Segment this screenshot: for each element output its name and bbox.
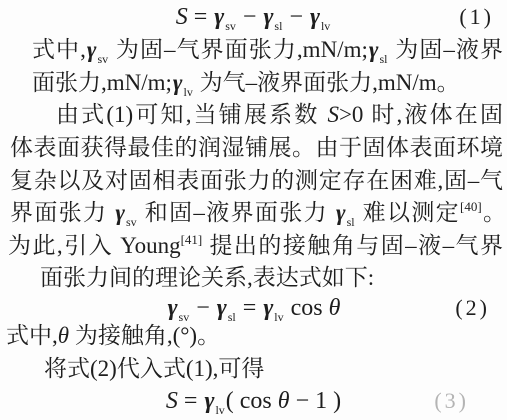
text-run: cos: [285, 295, 329, 321]
gamma-symbol: γlv: [309, 4, 331, 30]
text-run: 为固–液界: [388, 37, 503, 62]
gamma-subscript: lv: [321, 19, 330, 33]
text-run: 为接触角,(°)。: [69, 323, 220, 348]
gamma-subscript: sv: [97, 52, 108, 66]
gamma-subscript: lv: [215, 403, 224, 417]
paragraph-2-line-6: 面张力间的理论关系,表达式如下:: [40, 264, 374, 294]
text-run: 式中,: [32, 37, 86, 62]
gamma-symbol: γsv: [114, 200, 137, 225]
text-run: 界面张力: [10, 200, 114, 225]
gamma-subscript: sl: [379, 52, 387, 66]
gamma-subscript: sv: [126, 215, 137, 229]
gamma-symbol: γlv: [203, 388, 225, 414]
text-run: −: [283, 4, 309, 30]
text-run: 提出的接触角与固–液–气界: [202, 233, 503, 258]
math-variable: θ: [278, 388, 290, 414]
gamma-subscript: sl: [347, 215, 355, 229]
text-run: 为固–气界面张力,mN/m;: [109, 37, 368, 62]
text-run: 难以测定: [356, 200, 460, 225]
gamma-symbol: γsv: [213, 4, 237, 30]
gamma-symbol: γlv: [262, 295, 284, 321]
paragraph-4-line-1: 将式(2)代入式(1),可得: [44, 355, 264, 385]
math-variable: θ: [58, 323, 69, 348]
text-run: 将式(2)代入式(1),可得: [44, 356, 264, 381]
paragraph-2-line-2: 体表面获得最佳的润湿铺展。由于固体表面环境: [10, 134, 503, 164]
text-run: 面张力,mN/m;: [32, 70, 172, 95]
citation-superscript: [41]: [181, 232, 203, 247]
text-run: 体表面获得最佳的润湿铺展。由于固体表面环境: [10, 135, 503, 160]
text-run: 为气–液界面张力,mN/m。: [194, 70, 460, 95]
text-run: =: [178, 388, 204, 414]
paragraph-2-line-4: 界面张力 γsv 和固–液界面张力 γsl 难以测定[40]。: [10, 199, 506, 229]
math-variable: θ: [329, 295, 341, 321]
text-run: 式中,: [6, 323, 58, 348]
text-run: 由式(1)可知,当铺展系数: [56, 102, 327, 127]
text-run: ( cos: [226, 388, 278, 414]
equation-body: S = γlv( cos θ − 1 ): [166, 387, 341, 420]
gamma-symbol: γsv: [86, 37, 109, 62]
text-run: 为此,引入 Young: [8, 233, 181, 258]
text-run: =: [237, 295, 263, 321]
text-run: =: [188, 4, 214, 30]
text-run: 复杂以及对固相表面张力的测定存在困难,固–气: [10, 168, 503, 193]
text-run: 和固–液界面张力: [138, 200, 335, 225]
gamma-symbol: γsl: [335, 200, 356, 225]
paragraph-1-line-1: 式中,γsv 为固–气界面张力,mN/m;γsl 为固–液界: [32, 36, 503, 66]
equation-3: S = γlv( cos θ − 1 )(3): [0, 387, 507, 417]
paragraph-2-line-3: 复杂以及对固相表面张力的测定存在困难,固–气: [10, 167, 503, 197]
gamma-subscript: sv: [225, 19, 236, 33]
gamma-symbol: γsl: [262, 4, 283, 30]
text-run: − 1 ): [290, 388, 342, 414]
text-run: >0 时,液体在固: [339, 102, 503, 127]
paragraph-2-line-1: 由式(1)可知,当铺展系数 S>0 时,液体在固: [56, 101, 503, 131]
gamma-symbol: γlv: [172, 70, 194, 95]
document-page: S = γsv − γsl − γlv(1)式中,γsv 为固–气界面张力,mN…: [0, 0, 507, 420]
equation-2: γsv − γsl = γlv cos θ(2): [0, 294, 507, 324]
equation-number: (1): [459, 3, 494, 31]
text-run: −: [237, 4, 263, 30]
math-variable: S: [166, 388, 178, 414]
gamma-symbol: γsl: [368, 37, 389, 62]
paragraph-2-line-5: 为此,引入 Young[41] 提出的接触角与固–液–气界: [8, 232, 503, 262]
gamma-subscript: lv: [274, 310, 283, 324]
text-run: 面张力间的理论关系,表达式如下:: [40, 265, 374, 290]
gamma-subscript: lv: [184, 85, 193, 99]
math-variable: S: [327, 102, 339, 127]
equation-number: (3): [434, 387, 469, 415]
math-variable: S: [176, 4, 188, 30]
paragraph-3-line-1: 式中,θ 为接触角,(°)。: [6, 322, 220, 352]
gamma-subscript: sl: [274, 19, 282, 33]
equation-1: S = γsv − γsl − γlv(1): [0, 3, 507, 33]
equation-body: S = γsv − γsl − γlv: [176, 3, 332, 40]
gamma-subscript: sl: [228, 310, 236, 324]
text-run: −: [190, 295, 216, 321]
gamma-symbol: γsl: [216, 295, 237, 321]
text-run: 。: [482, 200, 506, 225]
citation-superscript: [40]: [460, 199, 482, 214]
equation-number: (2): [455, 294, 490, 322]
paragraph-1-line-2: 面张力,mN/m;γlv 为气–液界面张力,mN/m。: [32, 69, 460, 99]
gamma-symbol: γsv: [167, 295, 191, 321]
